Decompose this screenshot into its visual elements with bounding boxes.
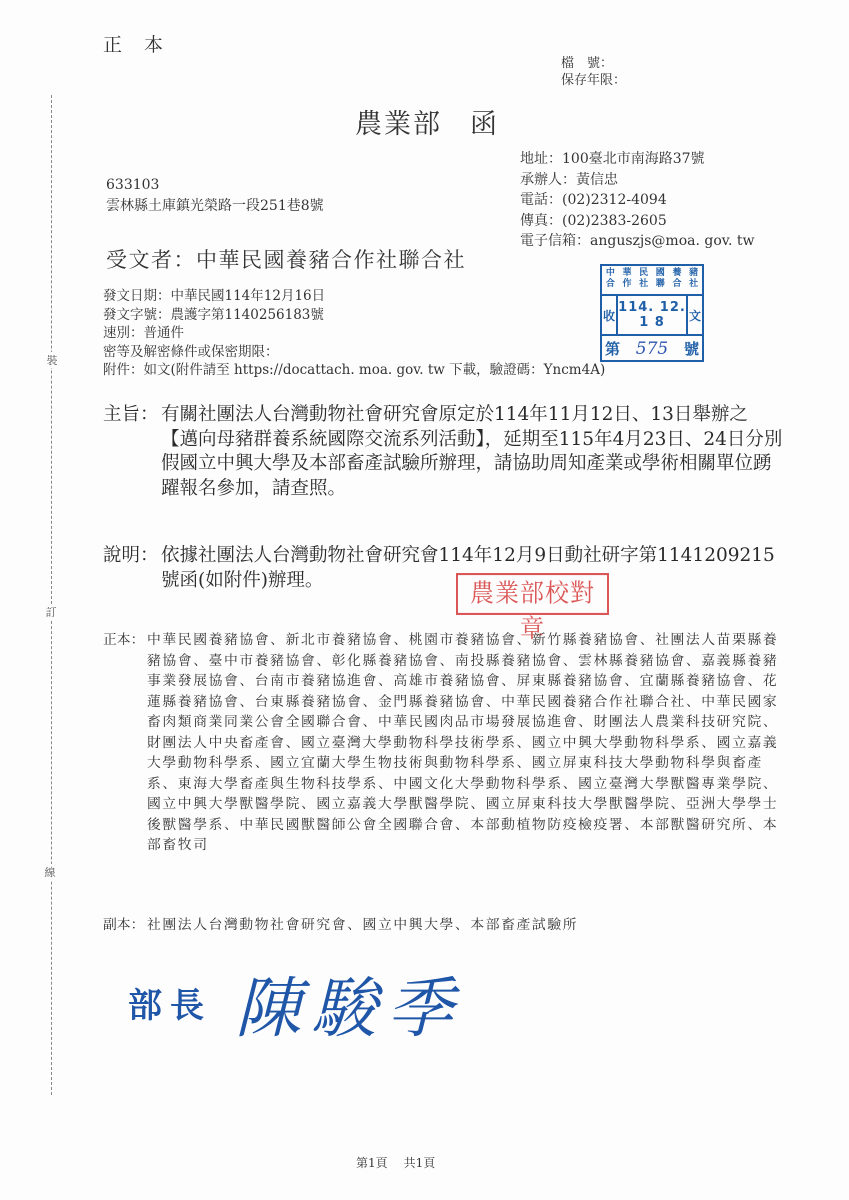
main-distribution-list: 中華民國養豬協會、新北市養豬協會、桃園市養豬協會、新竹縣養豬協會、社團法人苗栗縣…	[147, 630, 793, 856]
sender-info: 地址：100臺北市南海路37號 承辦人：黃信忠 電話：(02)2312-4094…	[520, 149, 755, 252]
stamp-left-label: 收	[602, 296, 618, 334]
document-number: 發文字號：農護字第1140256183號	[103, 306, 605, 325]
description-section: 說明： 依據社團法人台灣動物社會研究會114年12月9日動社研字第1141209…	[103, 544, 783, 593]
document-meta: 發文日期：中華民國114年12月16日 發文字號：農護字第1140256183號…	[103, 287, 605, 380]
binding-line	[51, 95, 52, 1095]
sender-contact: 承辦人：黃信忠	[520, 170, 755, 191]
subject-label: 主旨：	[103, 403, 161, 428]
stamp-suffix: 號	[684, 338, 699, 359]
recipient: 受文者：中華民國養豬合作社聯合社	[106, 244, 466, 274]
document-title: 農業部函	[355, 102, 499, 141]
binding-label-zhuang: 裝	[45, 352, 59, 368]
stamp-right-label: 文	[686, 296, 702, 334]
signature-name: 陳駿季	[235, 970, 463, 1047]
minister-signature: 部長 陳駿季	[128, 955, 463, 1050]
received-stamp: 中合 華作 民社 國聯 養合 豬社 收 114. 12. 1 8 文 第 575…	[600, 264, 704, 362]
copy-distribution-label: 副本：	[103, 915, 147, 936]
description-label: 說明：	[103, 544, 161, 569]
postal-code: 633103	[106, 175, 324, 196]
retention-period-label: 保存年限：	[561, 72, 626, 89]
sender-fax: 傳真：(02)2383-2605	[520, 211, 755, 232]
receiver-address-block: 633103 雲林縣土庫鎮光榮路一段251巷8號	[106, 175, 324, 217]
sender-email: 電子信箱：anguszjs@moa. gov. tw	[520, 231, 755, 252]
proofreading-seal: 農業部校對章	[456, 573, 609, 615]
binding-label-xian: 線	[43, 864, 57, 880]
file-number-label: 檔 號：	[561, 55, 626, 72]
issue-date: 發文日期：中華民國114年12月16日	[103, 287, 605, 306]
total-pages: 共1頁	[404, 1156, 436, 1170]
sender-address: 地址：100臺北市南海路37號	[520, 149, 755, 170]
stamp-prefix: 第	[605, 338, 620, 359]
stamp-organization: 中合 華作 民社 國聯 養合 豬社	[602, 266, 702, 296]
subject-section: 主旨： 有關社團法人台灣動物社會研究會原定於114年11月12日、13日舉辦之【…	[103, 403, 783, 501]
copy-type-label: 正本	[103, 30, 185, 57]
binding-label-ding: 訂	[44, 604, 58, 620]
stamp-date: 114. 12. 1 8	[618, 300, 686, 330]
stamp-number: 575	[636, 339, 668, 359]
attachment-info: 附件：如文(附件請至 https://docattach. moa. gov. …	[103, 361, 605, 380]
document-kind: 函	[470, 109, 499, 140]
main-distribution: 正本： 中華民國養豬協會、新北市養豬協會、桃園市養豬協會、新竹縣養豬協會、社團法…	[103, 630, 793, 856]
speed-class: 速別：普通件	[103, 324, 605, 343]
current-page: 第1頁	[356, 1156, 388, 1170]
confidentiality: 密等及解密條件或保密期限：	[103, 343, 605, 362]
copy-distribution: 副本： 社團法人台灣動物社會研究會、國立中興大學、本部畜產試驗所	[103, 915, 793, 936]
sender-phone: 電話：(02)2312-4094	[520, 190, 755, 211]
issuing-agency: 農業部	[355, 109, 442, 140]
subject-text: 有關社團法人台灣動物社會研究會原定於114年11月12日、13日舉辦之【邁向母豬…	[161, 403, 783, 501]
copy-distribution-list: 社團法人台灣動物社會研究會、國立中興大學、本部畜產試驗所	[147, 915, 793, 936]
file-meta: 檔 號： 保存年限：	[561, 55, 626, 89]
receiver-address: 雲林縣土庫鎮光榮路一段251巷8號	[106, 196, 324, 217]
signature-title: 部長	[128, 986, 212, 1026]
main-distribution-label: 正本：	[103, 630, 147, 651]
page-number: 第1頁共1頁	[356, 1154, 435, 1171]
